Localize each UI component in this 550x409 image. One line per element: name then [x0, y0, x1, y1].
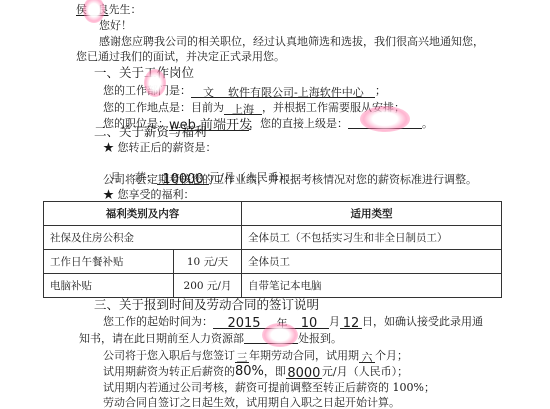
start-month: 10	[289, 317, 329, 329]
section-1-title: 一、关于工作岗位	[94, 66, 194, 80]
start-date-line: 您工作的起始时间为：2015年10月12日，如确认接受此录用通	[103, 315, 483, 329]
greeting: 您好！	[99, 19, 132, 33]
recipient-name-redacted	[87, 3, 98, 16]
intro-line-2: 您已通过我们的面试，并决定正式录用您。	[76, 50, 285, 64]
department-line: 您的工作部门是：文 软件有限公司-上海软件中心；	[103, 84, 386, 98]
hr-contact	[244, 332, 298, 344]
location-suffix: ，并根据工作需要服从安排；	[262, 101, 405, 114]
supervisor-label: ，您的直接上级是：	[249, 117, 348, 130]
section-3-title: 三、关于报到时间及劳动合同的签订说明	[94, 298, 319, 312]
start-label: 您工作的起始时间为：	[103, 315, 213, 328]
probation-percent: 80%	[235, 364, 264, 379]
benefits-table: 福利类别及内容 适用类型 社保及住房公积金 全体员工（不包括实习生和非全日制员工…	[43, 201, 502, 298]
benefit-category: 工作日午餐补贴	[44, 250, 174, 274]
benefit-applies-to: 自带笔记本电脑	[242, 274, 502, 298]
benefit-applies-to: 全体员工（不包括实习生和非全日制员工）	[242, 226, 502, 250]
year-unit: 年	[275, 317, 289, 329]
probation-salary-value: 8000	[286, 367, 322, 379]
start-day: 12	[340, 317, 362, 329]
table-row: 社保及住房公积金 全体员工（不包括实习生和非全日制员工）	[44, 226, 502, 250]
benefit-amount: 10 元/天	[174, 250, 242, 274]
start-year: 2015	[213, 317, 275, 329]
supervisor-value	[348, 117, 422, 129]
salutation-suffix: 先生：	[109, 3, 142, 16]
intro-line-1: 感谢您应聘我公司的相关职位，经过认真地筛选和选拔，我们很高兴地通知您，	[99, 35, 484, 49]
location-label: 您的工作地点是：目前为	[103, 101, 224, 114]
contract-line: 公司将于您入职后与您签订三年期劳动合同，试用期六个月；	[103, 349, 408, 363]
table-row: 工作日午餐补贴 10 元/天 全体员工	[44, 250, 502, 274]
benefit-amount: 200 元/月	[174, 274, 242, 298]
benefit-applies-to: 全体员工	[242, 250, 502, 274]
header-benefit-category: 福利类别及内容	[44, 202, 242, 226]
early-adjust-line: 试用期内若通过公司考核，薪资可提前调整至转正后薪资的 100%；	[103, 381, 435, 395]
location-value: 上海	[224, 103, 262, 115]
location-line: 您的工作地点是：目前为上海，并根据工作需要服从安排；	[103, 101, 405, 115]
header-applies-to: 适用类型	[242, 202, 502, 226]
probation-months: 六	[359, 351, 375, 363]
effective-note-line: 劳动合同自签订之日起生效，试用期自入职之日起开始计算。	[103, 396, 400, 409]
review-note: 公司将会定期考核您的工作业绩，并根据考核情况对您的薪资标准进行调整。	[103, 173, 477, 187]
probation-salary-line: 试用期薪资为转正后薪资的80%，即8000元/月（人民币）；	[103, 365, 408, 379]
table-header-row: 福利类别及内容 适用类型	[44, 202, 502, 226]
salary-heading: ★ 您转正后的薪资是：	[103, 141, 217, 155]
benefits-heading: ★ 您享受的福利：	[103, 188, 195, 202]
benefit-category: 电脑补贴	[44, 274, 174, 298]
recipient-name-part1: 侯	[76, 3, 87, 16]
recipient-name-part2: 良	[98, 3, 109, 16]
department-value: 文 软件有限公司-上海软件中心	[191, 86, 375, 98]
salutation: 侯 良先生：	[76, 3, 142, 17]
department-label: 您的工作部门是：	[103, 84, 191, 97]
benefit-category: 社保及住房公积金	[44, 226, 242, 250]
section-2-title: 二、关于薪资与福利	[94, 125, 207, 139]
table-row: 电脑补贴 200 元/月 自带笔记本电脑	[44, 274, 502, 298]
contract-years: 三	[235, 351, 249, 363]
report-line: 知书，请在此日期前至人力资源部处报到。	[79, 332, 342, 346]
